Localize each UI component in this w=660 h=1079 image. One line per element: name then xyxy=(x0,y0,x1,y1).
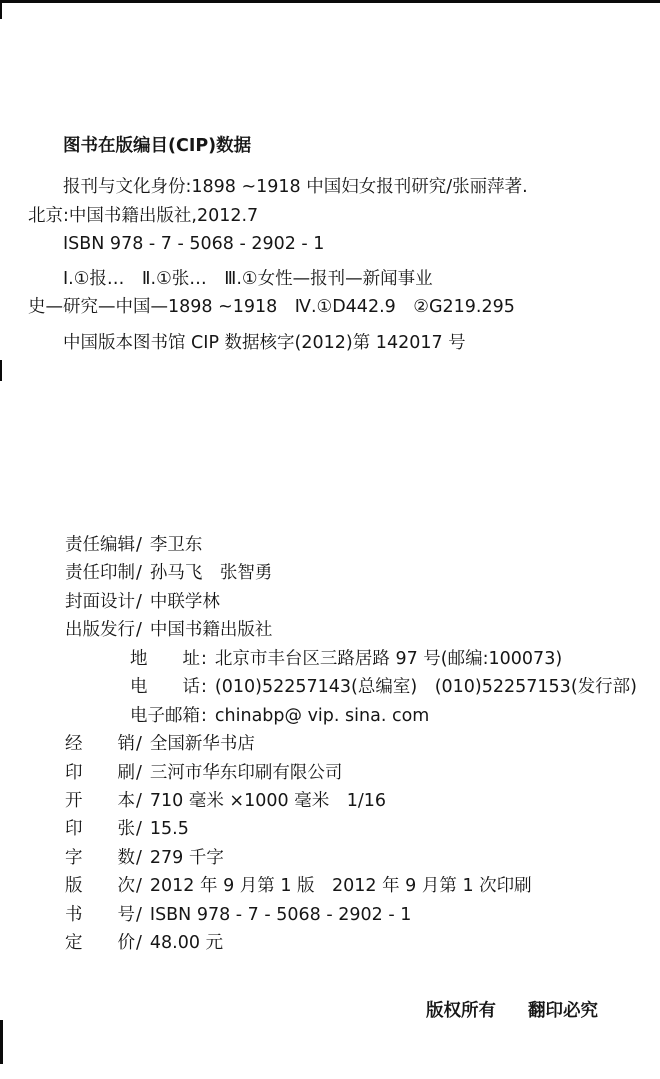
colophon-label: 出版发行 xyxy=(65,616,136,644)
colophon-label: 责任印制 xyxy=(65,559,136,587)
colophon-label: 版 次 xyxy=(65,872,136,900)
cip-classification-continuation: 史—研究—中国—1898 ~1918 Ⅳ.①D442.9 ②G219.295 xyxy=(28,293,628,322)
colophon-row-printer: 印 刷/三河市华东印刷有限公司 xyxy=(65,759,625,787)
cip-header: 图书在版编目(CIP)数据 xyxy=(28,132,628,161)
colophon-label: 开 本 xyxy=(65,787,136,815)
colophon-label: 经 销 xyxy=(65,730,136,758)
colophon-value: (010)52257143(总编室) (010)52257153(发行部) xyxy=(215,677,637,697)
scan-artifact-top-bar xyxy=(0,0,660,3)
colophon-separator: / xyxy=(136,933,142,953)
colophon-row-publisher: 出版发行/中国书籍出版社 xyxy=(65,616,625,644)
colophon-label: 印 张 xyxy=(65,815,136,843)
colophon-separator: / xyxy=(136,819,142,839)
colophon-separator: / xyxy=(136,734,142,754)
colophon-row-email: 电子邮箱:chinabp@ vip. sina. com xyxy=(65,702,625,730)
colophon-row-phone: 电 话:(010)52257143(总编室) (010)52257153(发行部… xyxy=(65,673,625,701)
colophon-separator: / xyxy=(136,876,142,896)
cip-data-block: 图书在版编目(CIP)数据 报刊与文化身份:1898 ~1918 中国妇女报刊研… xyxy=(28,132,628,357)
copyright-notice-right: 翻印必究 xyxy=(528,1001,598,1021)
colophon-value: 2012 年 9 月第 1 版 2012 年 9 月第 1 次印刷 xyxy=(150,876,532,896)
colophon-separator: / xyxy=(136,763,142,783)
colophon-row-isbn: 书 号/ISBN 978 - 7 - 5068 - 2902 - 1 xyxy=(65,901,625,929)
colophon-value: 三河市华东印刷有限公司 xyxy=(150,763,343,783)
colophon-label: 封面设计 xyxy=(65,588,136,616)
colophon-value: 15.5 xyxy=(150,819,189,839)
colophon-value: ISBN 978 - 7 - 5068 - 2902 - 1 xyxy=(150,905,411,925)
colophon-row-editor: 责任编辑/李卫东 xyxy=(65,531,625,559)
colophon-row-cover-design: 封面设计/中联学林 xyxy=(65,588,625,616)
colophon-separator: / xyxy=(136,905,142,925)
colophon-block: 责任编辑/李卫东 责任印制/孙马飞 张智勇 封面设计/中联学林 出版发行/中国书… xyxy=(65,531,625,958)
colophon-label: 书 号 xyxy=(65,901,136,929)
colophon-label: 责任编辑 xyxy=(65,531,136,559)
colophon-label: 印 刷 xyxy=(65,759,136,787)
colophon-separator: / xyxy=(136,848,142,868)
colophon-label: 字 数 xyxy=(65,844,136,872)
colophon-row-distributor: 经 销/全国新华书店 xyxy=(65,730,625,758)
colophon-separator: / xyxy=(136,592,142,612)
colophon-separator: / xyxy=(136,791,142,811)
colophon-label: 地 址 xyxy=(130,645,201,673)
scan-artifact-left-edge xyxy=(0,3,2,19)
colophon-value: 279 千字 xyxy=(150,848,224,868)
colophon-separator: : xyxy=(201,649,207,669)
colophon-separator: : xyxy=(201,677,207,697)
cip-classification-line: Ⅰ.①报… Ⅱ.①张… Ⅲ.①女性—报刊—新闻事业 xyxy=(28,265,628,294)
cip-record-number-line: 中国版本图书馆 CIP 数据核字(2012)第 142017 号 xyxy=(28,329,628,358)
colophon-value: 北京市丰台区三路居路 97 号(邮编:100073) xyxy=(215,649,562,669)
colophon-value: 48.00 元 xyxy=(150,933,223,953)
colophon-separator: / xyxy=(136,563,142,583)
colophon-value: 710 毫米 ×1000 毫米 1/16 xyxy=(150,791,386,811)
colophon-row-sheets: 印 张/15.5 xyxy=(65,815,625,843)
colophon-label: 定 价 xyxy=(65,929,136,957)
scan-artifact-left-edge xyxy=(0,360,2,381)
copyright-notice: 版权所有翻印必究 xyxy=(414,972,598,1024)
colophon-value: 李卫东 xyxy=(150,535,203,555)
colophon-value: 孙马飞 张智勇 xyxy=(150,563,273,583)
colophon-separator: : xyxy=(201,706,207,726)
colophon-separator: / xyxy=(136,620,142,640)
colophon-value: 中国书籍出版社 xyxy=(150,620,273,640)
cip-isbn-line: ISBN 978 - 7 - 5068 - 2902 - 1 xyxy=(28,230,628,259)
colophon-row-print-supervisor: 责任印制/孙马飞 张智勇 xyxy=(65,559,625,587)
colophon-label: 电 话 xyxy=(130,673,201,701)
copyright-notice-left: 版权所有 xyxy=(426,1001,496,1021)
colophon-row-edition: 版 次/2012 年 9 月第 1 版 2012 年 9 月第 1 次印刷 xyxy=(65,872,625,900)
colophon-value: 中联学林 xyxy=(150,592,220,612)
colophon-value: chinabp@ vip. sina. com xyxy=(215,706,429,726)
colophon-label: 电子邮箱 xyxy=(130,702,201,730)
scan-artifact-left-edge xyxy=(0,1020,3,1064)
colophon-value: 全国新华书店 xyxy=(150,734,255,754)
colophon-row-format: 开 本/710 毫米 ×1000 毫米 1/16 xyxy=(65,787,625,815)
colophon-separator: / xyxy=(136,535,142,555)
colophon-row-wordcount: 字 数/279 千字 xyxy=(65,844,625,872)
cip-title-line: 报刊与文化身份:1898 ~1918 中国妇女报刊研究/张丽萍著. xyxy=(28,173,628,202)
colophon-row-price: 定 价/48.00 元 xyxy=(65,929,625,957)
colophon-row-address: 地 址:北京市丰台区三路居路 97 号(邮编:100073) xyxy=(65,645,625,673)
cip-title-continuation: 北京:中国书籍出版社,2012.7 xyxy=(28,202,628,231)
